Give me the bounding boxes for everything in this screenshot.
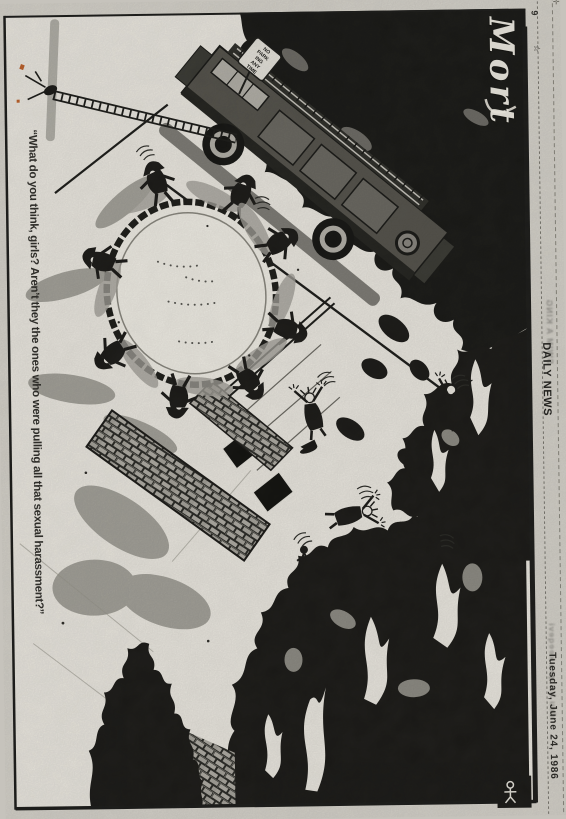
showthrough-text: SWIM A KING xyxy=(544,299,555,365)
registration-mark-icon: ✛ xyxy=(551,0,560,5)
newspaper-scan: NO PARK ING ANY TIME xyxy=(0,0,566,819)
artist-signature: Mort xyxy=(481,17,523,127)
page-number: 9 xyxy=(529,10,539,15)
star-icon: ☆ xyxy=(531,44,542,52)
date-line: Tuesday, June 24, 1986 xyxy=(546,652,559,779)
